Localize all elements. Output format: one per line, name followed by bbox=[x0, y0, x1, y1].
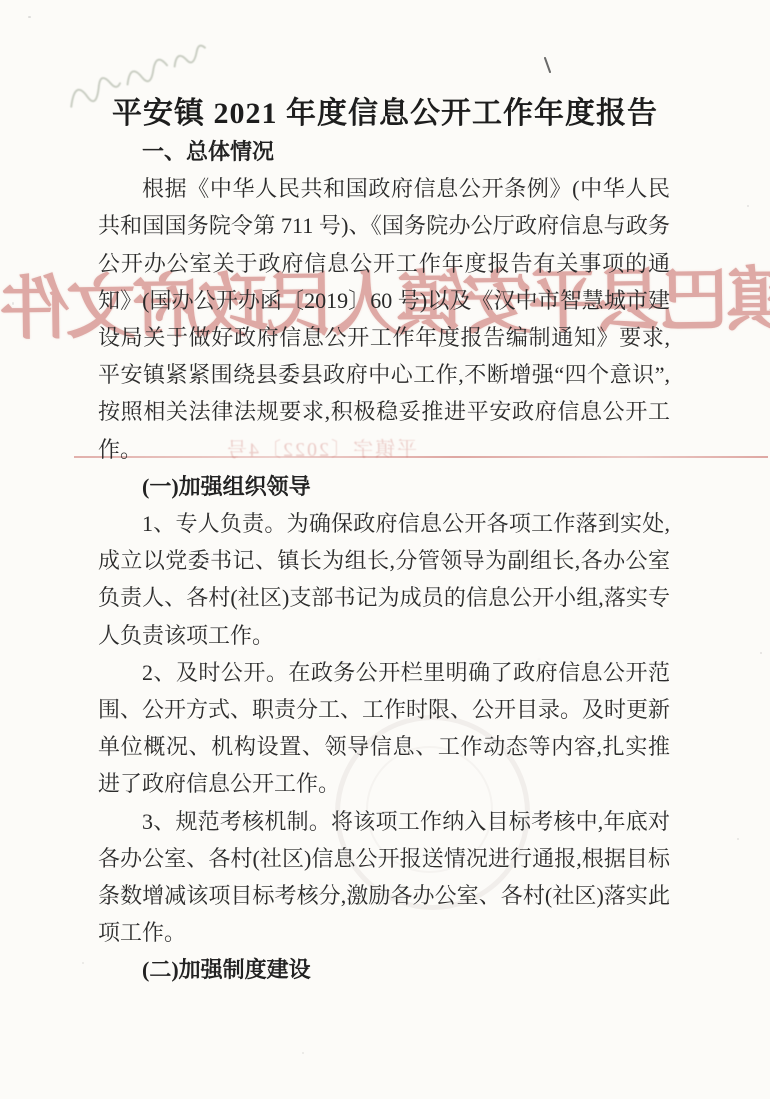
scan-speck bbox=[737, 838, 739, 840]
scan-speck bbox=[302, 1052, 304, 1054]
scanned-document-page: 镇巴县平安镇人民政府文件 平镇字〔2022〕4号 平安镇 2021 年度信息公开… bbox=[0, 0, 770, 1099]
paragraph-assessment-system: 3、规范考核机制。将该项工作纳入目标考核中,年底对各办公室、各村(社区)信息公开… bbox=[98, 803, 670, 952]
subheading-org-leadership: (一)加强组织领导 bbox=[98, 468, 670, 505]
scan-speck bbox=[82, 962, 84, 964]
section-heading-overall: 一、总体情况 bbox=[98, 133, 670, 170]
paragraph-dedicated-staff: 1、专人负责。为确保政府信息公开各项工作落到实处,成立以党委书记、镇长为组长,分… bbox=[98, 505, 670, 654]
document-title: 平安镇 2021 年度信息公开工作年度报告 bbox=[0, 88, 770, 132]
pen-tick-artifact bbox=[541, 56, 555, 76]
scan-speck bbox=[747, 205, 749, 207]
paragraph-basis: 根据《中华人民共和国政府信息公开条例》(中华人民共和国国务院令第 711 号)、… bbox=[98, 170, 670, 468]
paragraph-timely-disclosure: 2、及时公开。在政务公开栏里明确了政府信息公开范围、公开方式、职责分工、工作时限… bbox=[98, 654, 670, 803]
document-body: 一、总体情况 根据《中华人民共和国政府信息公开条例》(中华人民共和国国务院令第 … bbox=[98, 133, 670, 989]
scan-speck bbox=[12, 302, 14, 305]
scan-speck bbox=[28, 16, 31, 18]
scan-speck bbox=[760, 652, 762, 654]
subheading-system-building: (二)加强制度建设 bbox=[98, 951, 670, 988]
